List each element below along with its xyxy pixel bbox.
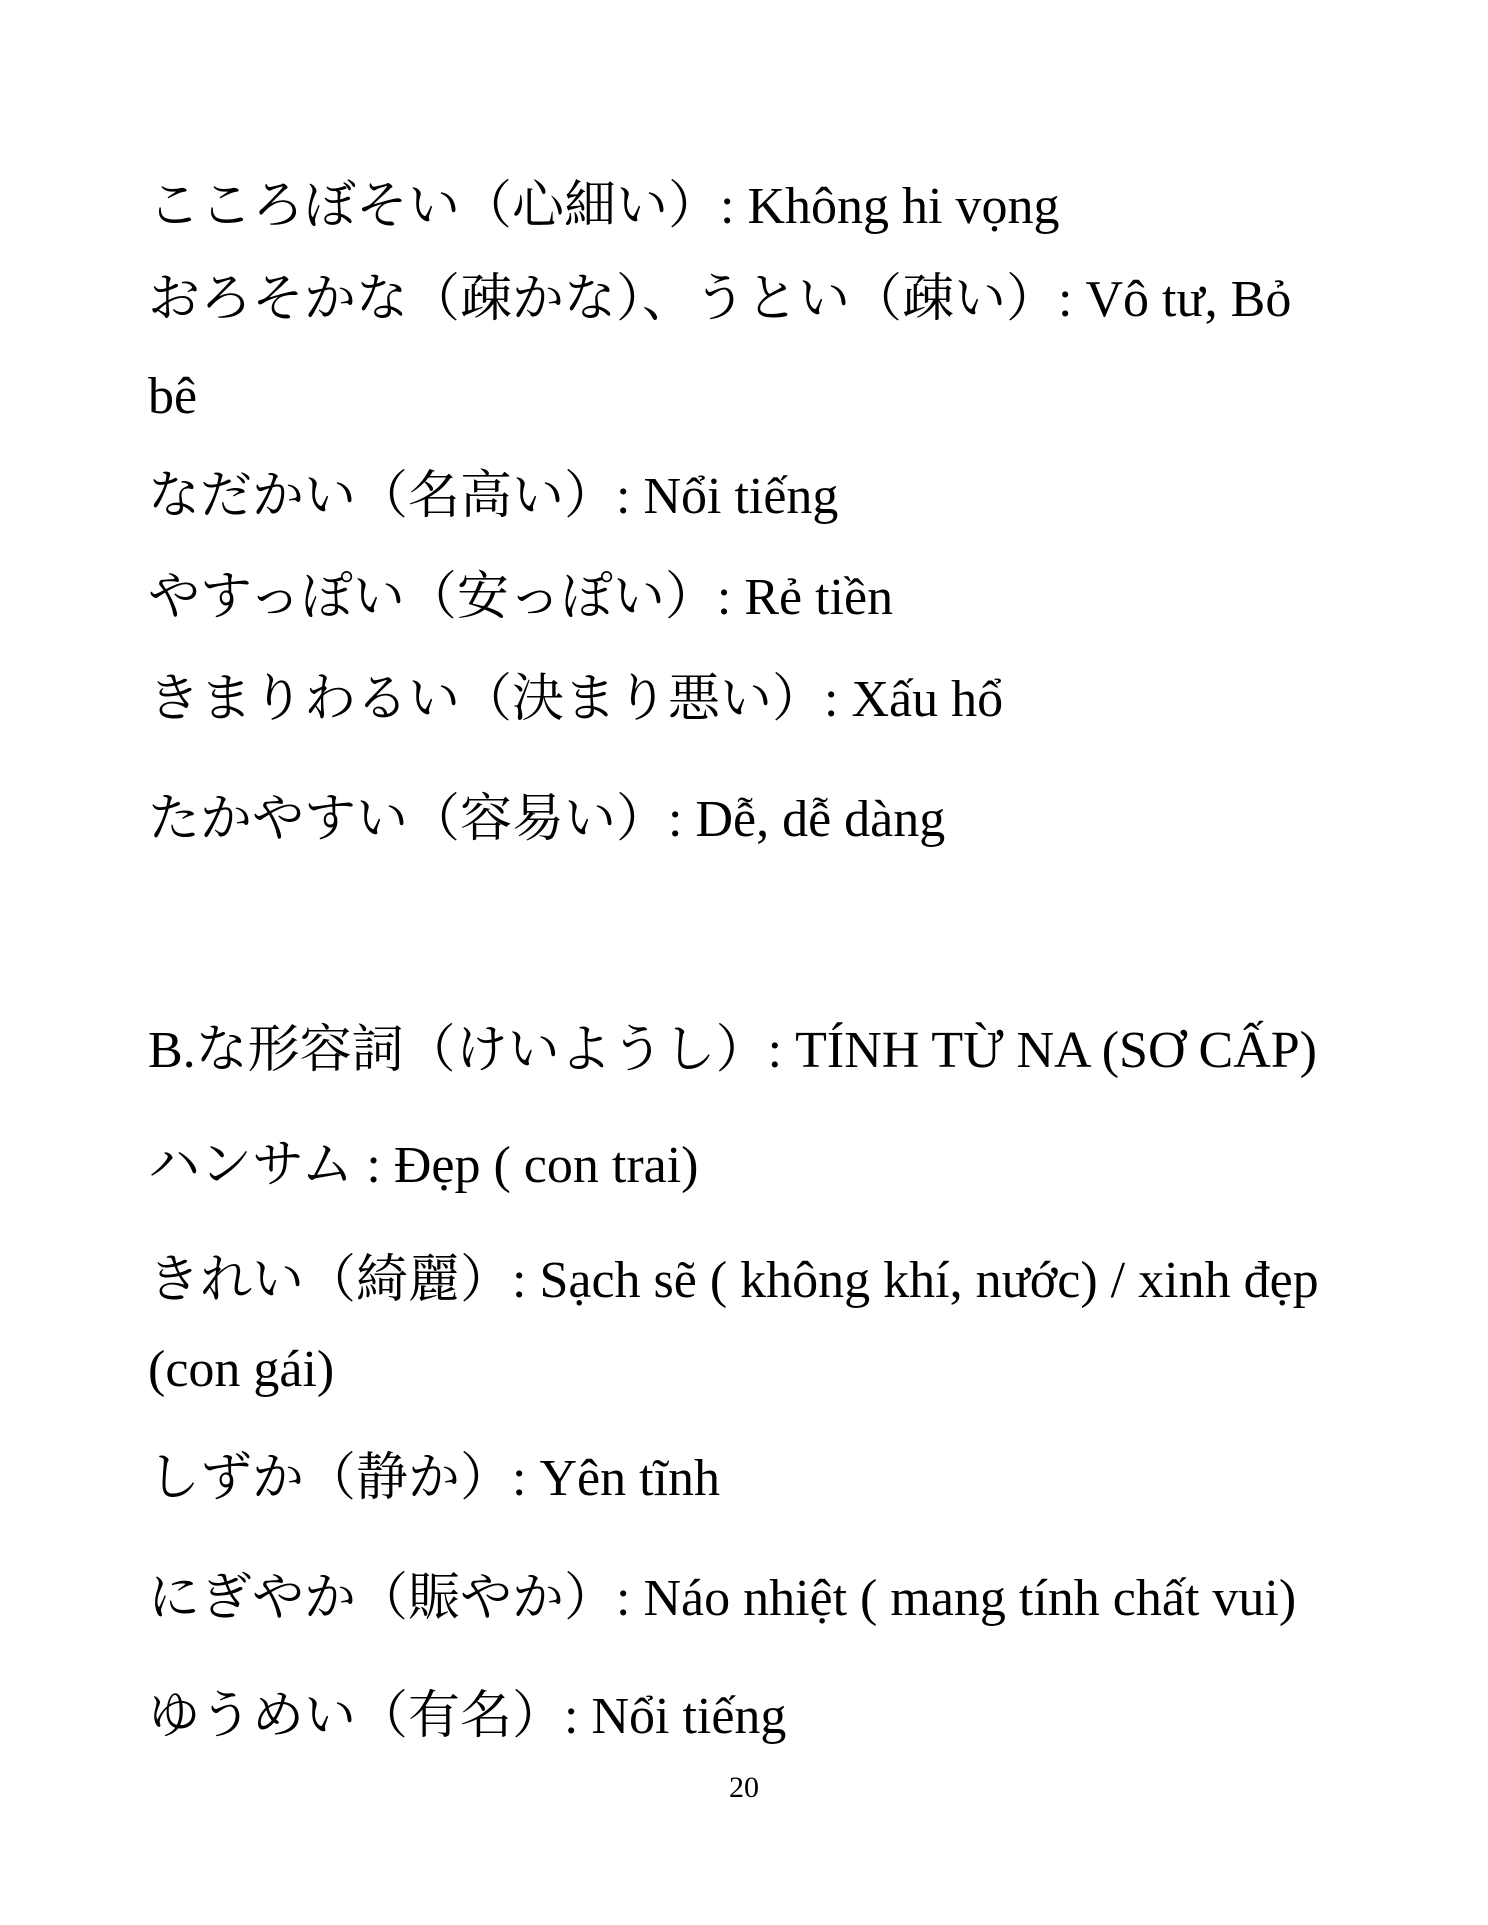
vocab-line-nadakai: なだかい（名高い）: Nổi tiếng — [148, 461, 838, 533]
vocab-line-yasuppoi: やすっぽい（安っぽい）: Rẻ tiền — [148, 562, 893, 634]
section-b-heading: B.な形容詞（けいようし）: TÍNH TỪ NA (SƠ CẤP) — [148, 1015, 1317, 1087]
vocab-line-shizuka: しずか（静か）: Yên tĩnh — [148, 1443, 720, 1515]
vocab-line-orosokana-wrap: bê — [148, 361, 197, 433]
vocab-line-kokorobosoi: こころぼそい（心細い）: Không hi vọng — [148, 171, 1059, 243]
document-page: こころぼそい（心細い）: Không hi vọng おろそかな（疎かな）、うと… — [0, 0, 1488, 1925]
vocab-line-nigiyaka: にぎやか（賑やか）: Náo nhiệt ( mang tính chất vu… — [148, 1563, 1296, 1635]
vocab-line-kirei-wrap: (con gái) — [148, 1334, 334, 1406]
vocab-line-hansamu: ハンサム : Đẹp ( con trai) — [148, 1130, 698, 1202]
vocab-line-kimariwarui: きまりわるい（決まり悪い）: Xấu hổ — [148, 664, 1003, 736]
vocab-line-orosokana: おろそかな（疎かな）、うとい（疎い）: Vô tư, Bỏ — [148, 264, 1291, 336]
vocab-line-yuumei: ゆうめい（有名）: Nổi tiếng — [148, 1681, 786, 1753]
page-number: 20 — [0, 1768, 1488, 1808]
vocab-line-kirei: きれい（綺麗）: Sạch sẽ ( không khí, nước) / xi… — [148, 1245, 1319, 1317]
vocab-line-takayasui: たかやすい（容易い）: Dễ, dễ dàng — [148, 784, 945, 856]
